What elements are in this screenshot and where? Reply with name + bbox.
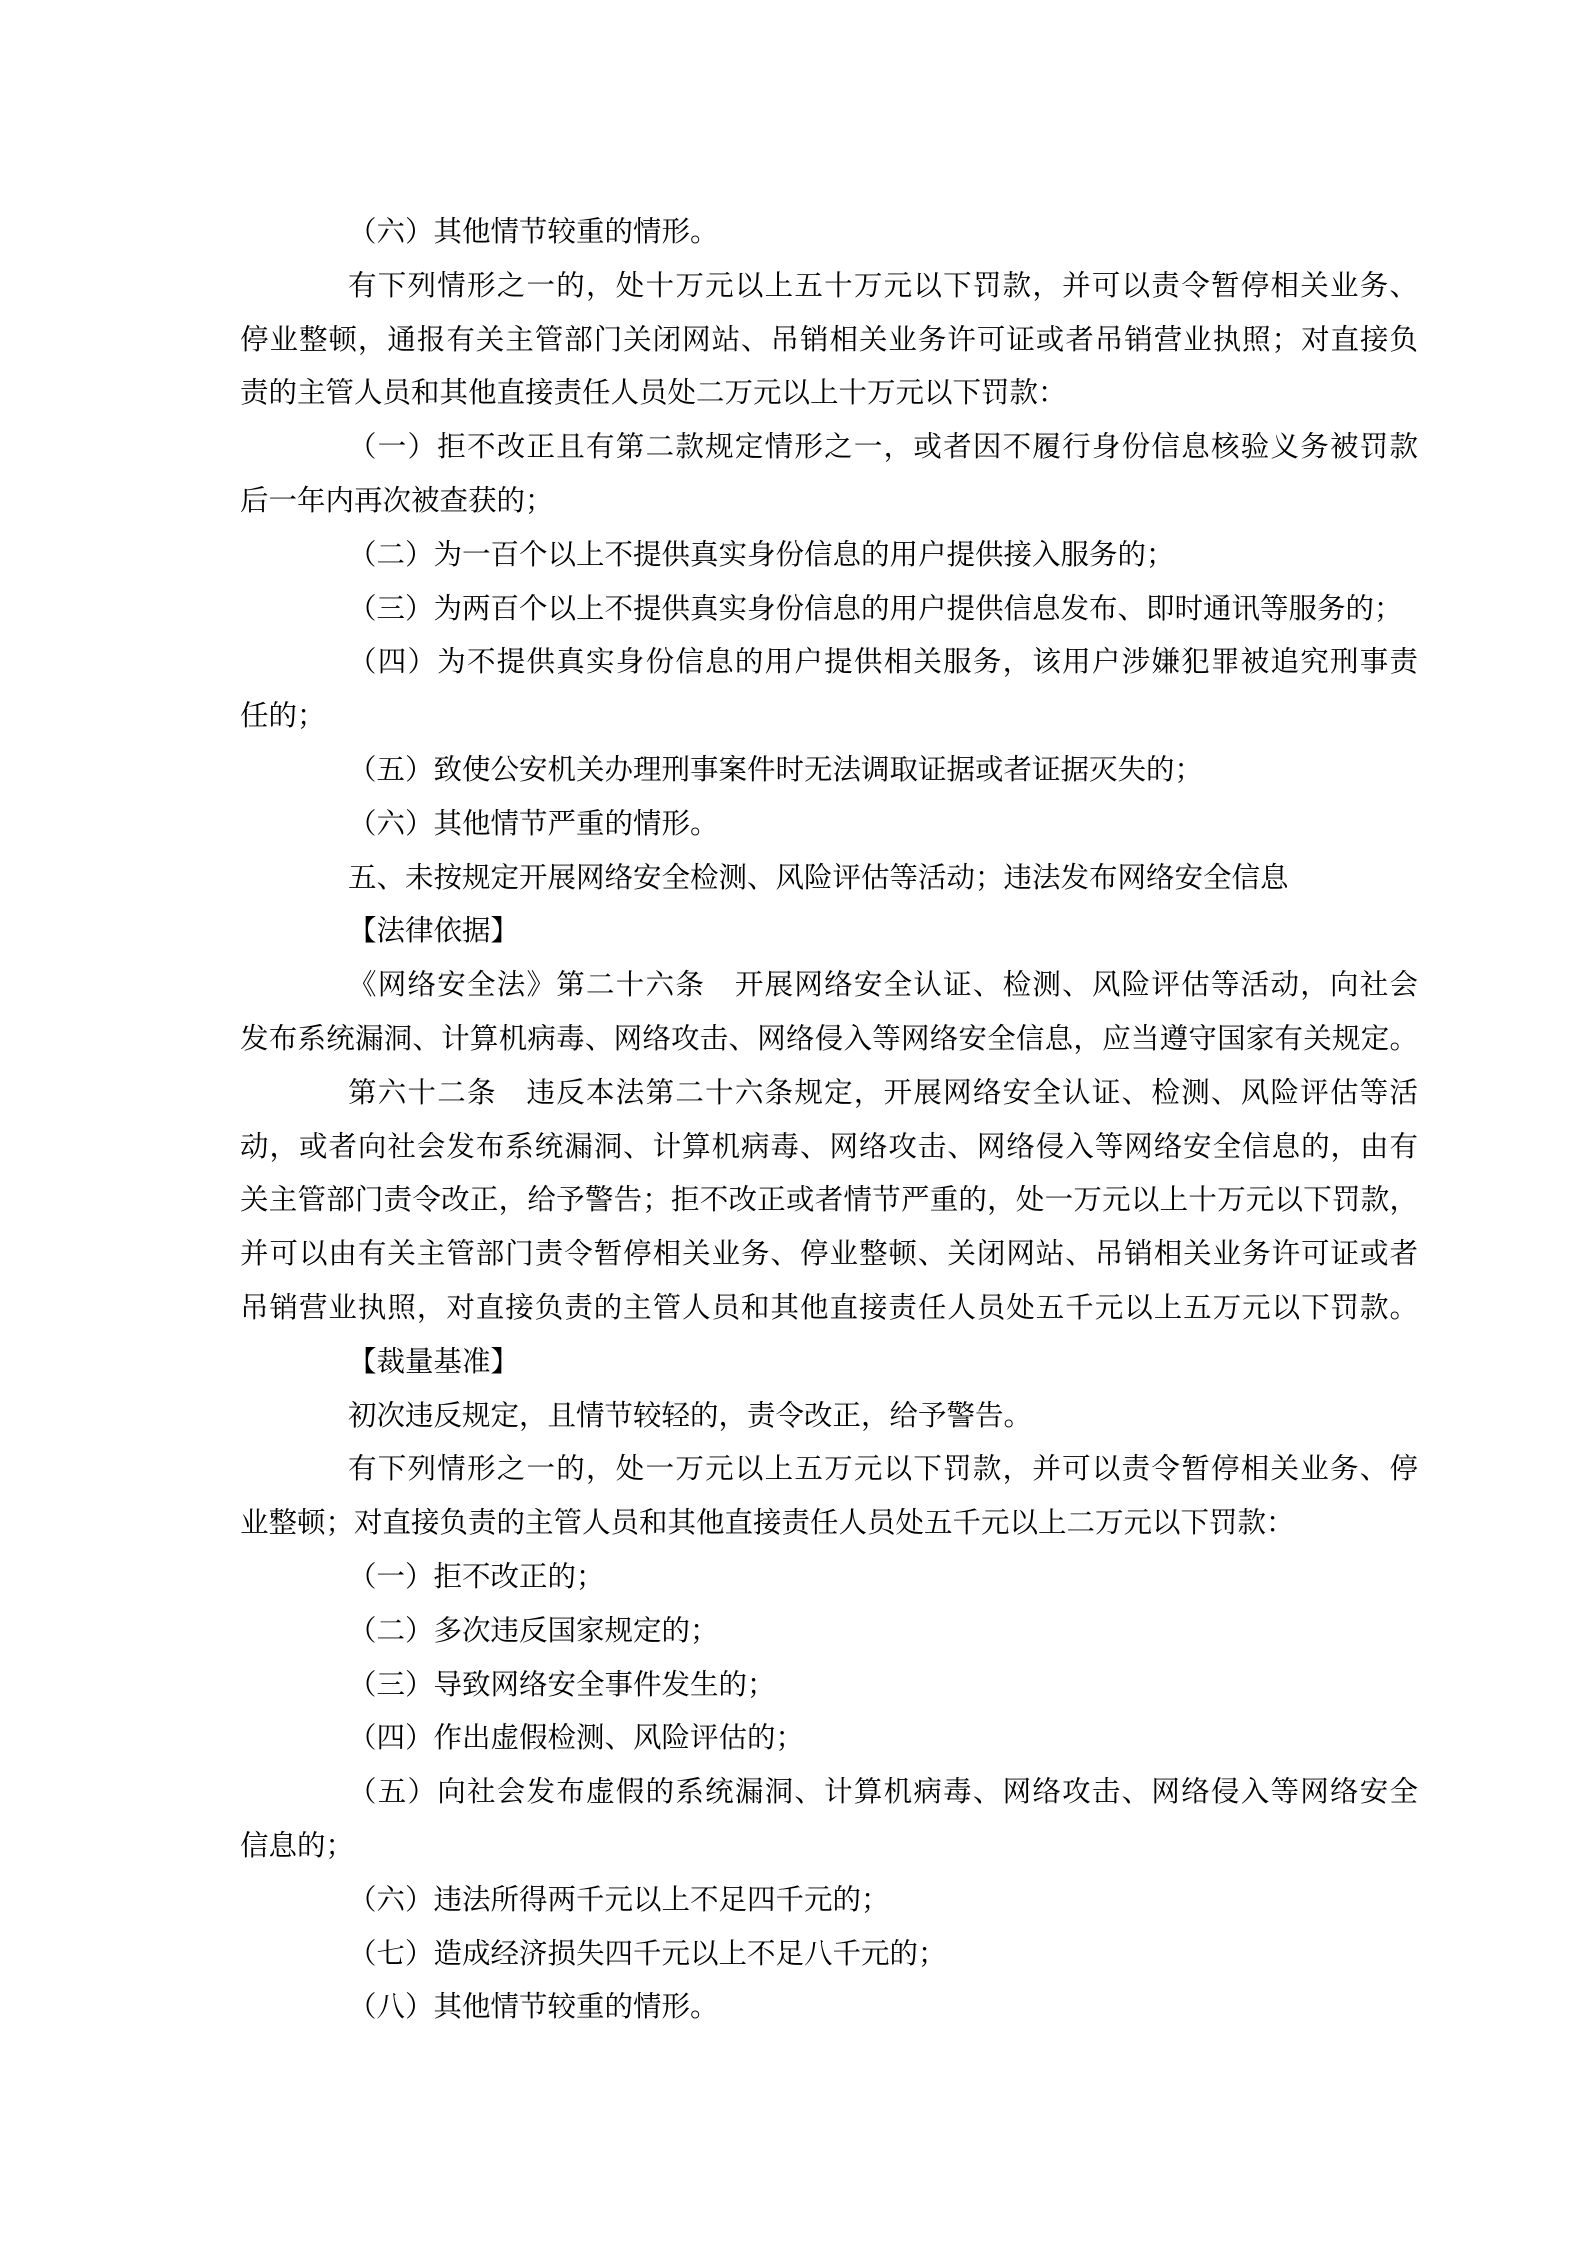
document-page: （六）其他情节较重的情形。有下列情形之一的，处十万元以上五十万元以下罚款，并可以…	[0, 0, 1586, 2244]
document-line: （三）导致网络安全事件发生的；	[240, 1659, 1418, 1713]
document-line: （二）为一百个以上不提供真实身份信息的用户提供接入服务的；	[240, 529, 1418, 583]
document-line: 业整顿；对直接负责的主管人员和其他直接责任人员处五千元以上二万元以下罚款：	[240, 1497, 1418, 1551]
document-line: 责的主管人员和其他直接责任人员处二万元以上十万元以下罚款：	[240, 367, 1418, 421]
document-line: （七）造成经济损失四千元以上不足八千元的；	[240, 1928, 1418, 1982]
document-line: 《网络安全法》第二十六条 开展网络安全认证、检测、风险评估等活动，向社会	[240, 959, 1418, 1013]
document-line: 发布系统漏洞、计算机病毒、网络攻击、网络侵入等网络安全信息，应当遵守国家有关规定…	[240, 1013, 1418, 1067]
document-line: （五）向社会发布虚假的系统漏洞、计算机病毒、网络攻击、网络侵入等网络安全	[240, 1766, 1418, 1820]
document-line: 停业整顿，通报有关主管部门关闭网站、吊销相关业务许可证或者吊销营业执照；对直接负	[240, 314, 1418, 368]
document-line: 【法律依据】	[240, 905, 1418, 959]
document-line: （八）其他情节较重的情形。	[240, 1981, 1418, 2035]
document-line: （四）作出虚假检测、风险评估的；	[240, 1712, 1418, 1766]
document-line: （六）其他情节严重的情形。	[240, 798, 1418, 852]
document-line: 后一年内再次被查获的；	[240, 475, 1418, 529]
document-line: 关主管部门责令改正，给予警告；拒不改正或者情节严重的，处一万元以上十万元以下罚款…	[240, 1174, 1418, 1228]
document-line: 第六十二条 违反本法第二十六条规定，开展网络安全认证、检测、风险评估等活	[240, 1067, 1418, 1121]
document-line: 【裁量基准】	[240, 1336, 1418, 1390]
document-line: （一）拒不改正且有第二款规定情形之一，或者因不履行身份信息核验义务被罚款	[240, 421, 1418, 475]
document-line: 有下列情形之一的，处一万元以上五万元以下罚款，并可以责令暂停相关业务、停	[240, 1443, 1418, 1497]
document-line: 信息的；	[240, 1820, 1418, 1874]
document-line: （一）拒不改正的；	[240, 1551, 1418, 1605]
document-body: （六）其他情节较重的情形。有下列情形之一的，处十万元以上五十万元以下罚款，并可以…	[240, 206, 1418, 2035]
document-line: 动，或者向社会发布系统漏洞、计算机病毒、网络攻击、网络侵入等网络安全信息的，由有	[240, 1121, 1418, 1175]
document-line: （五）致使公安机关办理刑事案件时无法调取证据或者证据灭失的；	[240, 744, 1418, 798]
document-line: 有下列情形之一的，处十万元以上五十万元以下罚款，并可以责令暂停相关业务、	[240, 260, 1418, 314]
document-line: 五、未按规定开展网络安全检测、风险评估等活动；违法发布网络安全信息	[240, 852, 1418, 906]
document-line: 任的；	[240, 690, 1418, 744]
document-line: （六）其他情节较重的情形。	[240, 206, 1418, 260]
document-line: 初次违反规定，且情节较轻的，责令改正，给予警告。	[240, 1390, 1418, 1444]
document-line: 并可以由有关主管部门责令暂停相关业务、停业整顿、关闭网站、吊销相关业务许可证或者	[240, 1228, 1418, 1282]
document-line: （三）为两百个以上不提供真实身份信息的用户提供信息发布、即时通讯等服务的；	[240, 583, 1418, 637]
document-line: （二）多次违反国家规定的；	[240, 1605, 1418, 1659]
document-line: 吊销营业执照，对直接负责的主管人员和其他直接责任人员处五千元以上五万元以下罚款。	[240, 1282, 1418, 1336]
document-line: （四）为不提供真实身份信息的用户提供相关服务，该用户涉嫌犯罪被追究刑事责	[240, 636, 1418, 690]
document-line: （六）违法所得两千元以上不足四千元的；	[240, 1874, 1418, 1928]
